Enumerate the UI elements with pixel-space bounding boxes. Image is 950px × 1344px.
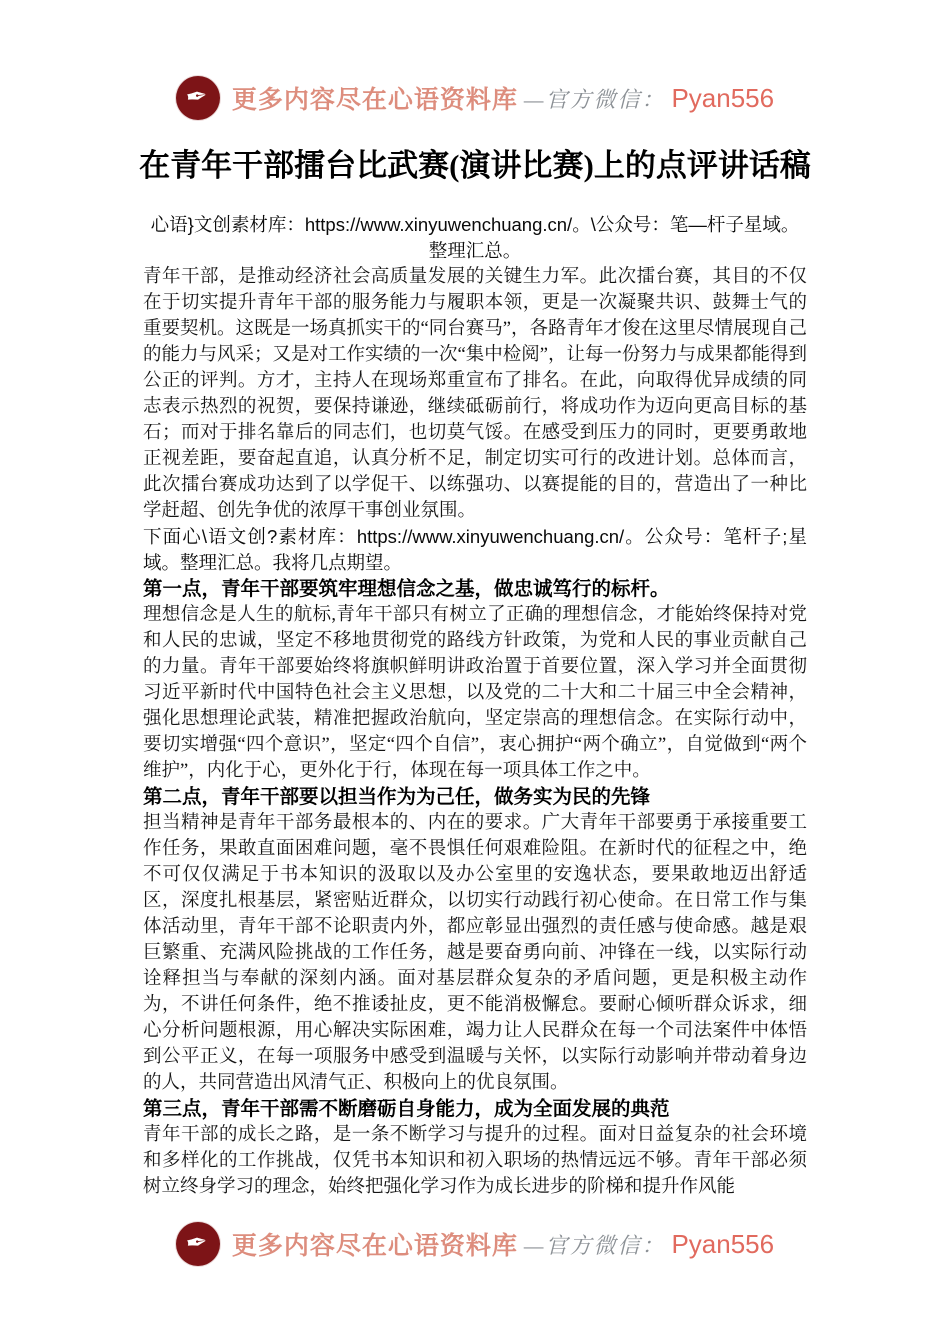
- heading-point-2: 第二点，青年干部要以担当作为为己任，做务实为民的先锋: [143, 784, 807, 810]
- heading-point-3: 第三点，青年干部需不断磨砺自身能力，成为全面发展的典范: [143, 1096, 807, 1122]
- pen-nib-icon: ✒: [176, 76, 220, 120]
- document-page: ✒ 更多内容尽在心语资料库 —官方微信： Pyan556 在青年干部擂台比武赛(…: [0, 0, 950, 1344]
- watermark-wechat-label: —官方微信：: [524, 1229, 666, 1260]
- heading-point-1: 第一点，青年干部要筑牢理想信念之基，做忠诚笃行的标杆。: [143, 576, 807, 602]
- paragraph-point-1: 理想信念是人生的航标,青年干部只有树立了正确的理想信念，才能始终保持对党和人民的…: [143, 602, 807, 784]
- source-note-top: 心语}文创素材库：https://www.xinyuwenchuang.cn/。…: [143, 212, 807, 264]
- pen-nib-icon: ✒: [176, 1222, 220, 1266]
- paragraph-point-3: 青年干部的成长之路，是一条不断学习与提升的过程。面对日益复杂的社会环境和多样化的…: [143, 1122, 807, 1200]
- document-title: 在青年干部擂台比武赛(演讲比赛)上的点评讲话稿: [80, 146, 870, 186]
- watermark-brand-text: 更多内容尽在心语资料库: [232, 1226, 518, 1262]
- watermark-brand-text: 更多内容尽在心语资料库: [232, 80, 518, 116]
- watermark-wechat-label: —官方微信：: [524, 83, 666, 114]
- document-body: 心语}文创素材库：https://www.xinyuwenchuang.cn/。…: [143, 212, 807, 1200]
- watermark-footer: ✒ 更多内容尽在心语资料库 —官方微信： Pyan556: [0, 1222, 950, 1266]
- watermark-header: ✒ 更多内容尽在心语资料库 —官方微信： Pyan556: [0, 76, 950, 120]
- pen-nib-glyph: ✒: [184, 1229, 209, 1258]
- watermark-wechat-id: Pyan556: [671, 83, 774, 114]
- pen-nib-glyph: ✒: [184, 83, 209, 112]
- opening-paragraph: 青年干部，是推动经济社会高质量发展的关键生力军。此次擂台赛，其目的不仅在于切实提…: [143, 264, 807, 524]
- watermark-wechat-id: Pyan556: [671, 1229, 774, 1260]
- source-note-middle: 下面心\语文创?素材库：https://www.xinyuwenchuang.c…: [143, 524, 807, 576]
- paragraph-point-2: 担当精神是青年干部务最根本的、内在的要求。广大青年干部要勇于承接重要工作任务，果…: [143, 810, 807, 1096]
